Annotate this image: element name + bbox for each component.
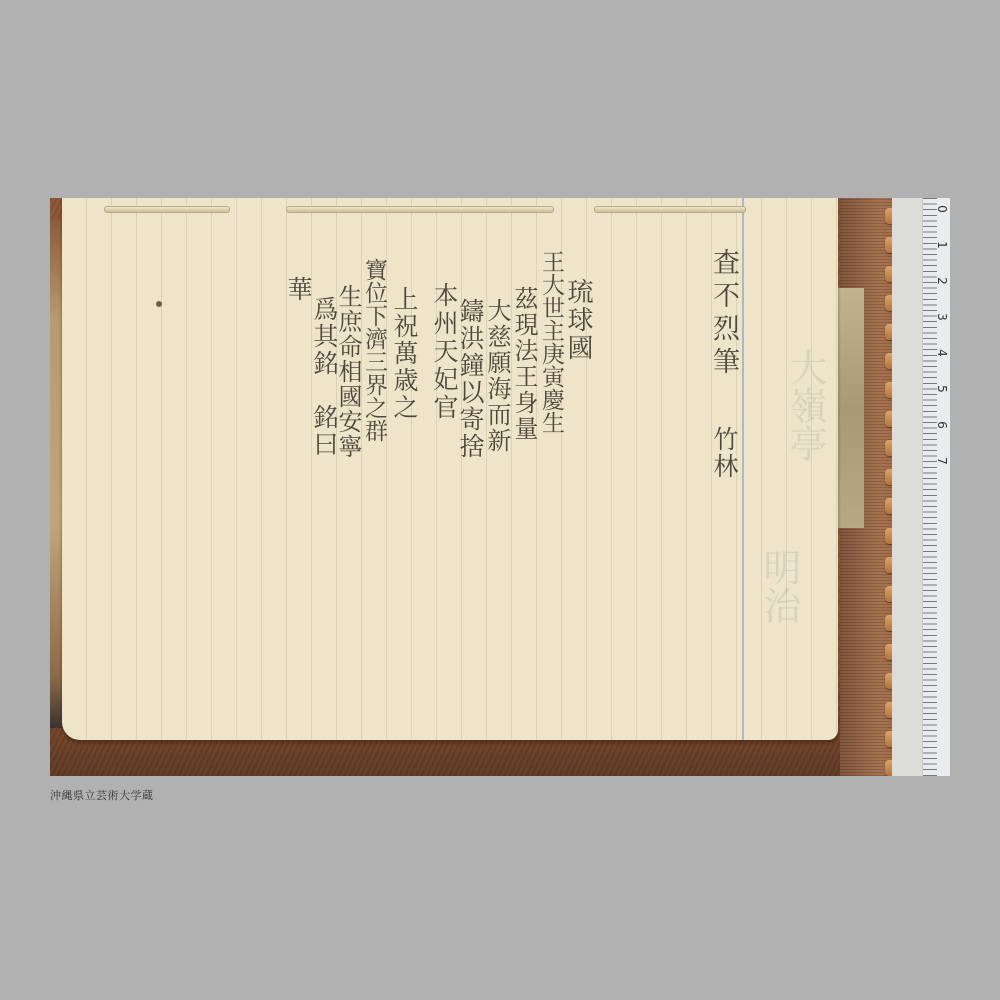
notebook-page: 大嶺亭 明治 査不烈筆 竹林 琉球國 王大世主庚寅慶生 茲現法王身量 大慈願海而…: [62, 198, 838, 740]
margin-note-title: 査不烈筆: [710, 248, 737, 380]
text-column: 王大世主庚寅慶生: [539, 250, 562, 434]
margin-note-author: 竹林: [712, 426, 737, 480]
text-column: 鑄洪鐘以寄捨: [458, 298, 483, 460]
ruler-number: 3: [935, 313, 949, 321]
backdrop: [892, 198, 922, 776]
page-tabs: [835, 288, 864, 528]
notebook-photo: 0 1 2 3 4 5 6 7 大嶺亭 明治 査不烈筆 竹林 琉球國 王大世主庚…: [50, 198, 950, 776]
staple-mark: [104, 206, 230, 213]
collection-caption: 沖縄県立芸術大学蔵: [50, 787, 154, 803]
text-column: 本州天妃官: [432, 282, 457, 422]
text-column: 茲現法王身量: [512, 286, 536, 442]
margin-line: [742, 198, 744, 740]
text-column: 銘曰: [312, 404, 337, 458]
bleed-through-text: 大嶺亭: [778, 348, 833, 462]
ruler-number: 5: [935, 385, 949, 393]
ruler-number: 0: [935, 205, 949, 213]
staple-mark: [286, 206, 554, 213]
ruler-number: 1: [935, 241, 949, 249]
scale-ruler: 0 1 2 3 4 5 6 7: [922, 198, 950, 776]
text-column: 寶位下濟三界之群: [362, 258, 385, 442]
text-column: 生庶命相國安寧: [336, 284, 360, 459]
text-column: 爲其銘: [312, 296, 337, 377]
text-column: 琉球國: [565, 278, 591, 362]
text-column: 上祝萬歳之: [392, 286, 417, 421]
text-column: 大慈願海而新: [485, 298, 509, 454]
ink-spot: [156, 301, 162, 307]
ruler-number: 2: [935, 277, 949, 285]
ruler-number: 7: [935, 457, 949, 465]
ruler-number: 6: [935, 421, 949, 429]
staple-mark: [594, 206, 746, 213]
bleed-through-text: 明治: [752, 548, 807, 624]
text-column: 華: [286, 276, 311, 303]
ruler-number: 4: [935, 349, 949, 357]
